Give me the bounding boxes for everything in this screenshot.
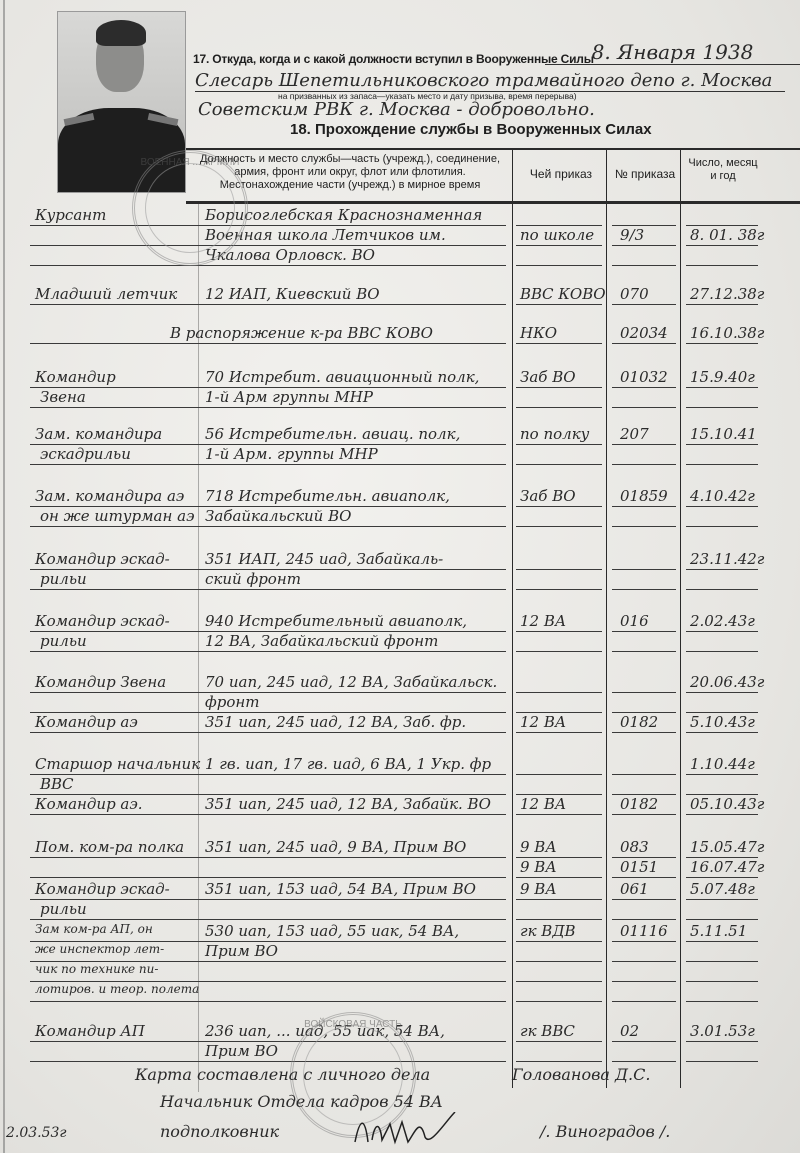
section18-title: 18. Прохождение службы в Вооруженных Сил… bbox=[290, 121, 652, 138]
ruled-line bbox=[516, 589, 602, 590]
order-no-cell: 016 bbox=[620, 612, 649, 630]
ruled-line bbox=[516, 651, 602, 652]
ruled-line bbox=[516, 1041, 602, 1042]
ruled-line bbox=[686, 343, 758, 344]
position-cell: Командир АП bbox=[35, 1022, 145, 1040]
ruled-line bbox=[686, 631, 758, 632]
date-cell: 15.9.40г bbox=[690, 368, 755, 386]
ruled-line bbox=[612, 265, 676, 266]
ruled-line bbox=[30, 407, 506, 408]
date-cell: 05.10.43г bbox=[690, 795, 764, 813]
ruled-line bbox=[686, 732, 758, 733]
position-cell: рильи bbox=[40, 570, 87, 588]
ruled-line bbox=[612, 343, 676, 344]
ruled-line bbox=[612, 407, 676, 408]
unit-cell: 12 ИАП, Киевский ВО bbox=[205, 285, 380, 303]
ruled-line bbox=[686, 245, 758, 246]
ruled-line bbox=[30, 245, 506, 246]
ruled-line bbox=[30, 732, 506, 733]
ruled-line bbox=[686, 265, 758, 266]
position-cell: Старшор начальник bbox=[35, 755, 200, 773]
order-by-cell: НКО bbox=[520, 324, 557, 342]
order-by-cell: 12 ВА bbox=[520, 612, 566, 630]
order-no-cell: 0182 bbox=[620, 795, 658, 813]
position-cell: Командир аэ bbox=[35, 713, 138, 731]
ruled-line bbox=[30, 857, 506, 858]
ruled-line bbox=[612, 1001, 676, 1002]
ruled-line bbox=[30, 631, 506, 632]
ruled-line bbox=[516, 919, 602, 920]
date-cell: 16.10.38г bbox=[690, 324, 764, 342]
ruled-line bbox=[30, 506, 506, 507]
ruled-line bbox=[686, 304, 758, 305]
ruled-line bbox=[516, 569, 602, 570]
order-by-cell: по школе bbox=[520, 226, 594, 244]
ruled-line bbox=[612, 245, 676, 246]
ruled-line bbox=[30, 981, 506, 982]
order-no-cell: 0182 bbox=[620, 713, 658, 731]
position-cell: Командир bbox=[35, 368, 116, 386]
ruled-line bbox=[612, 961, 676, 962]
ruled-line bbox=[686, 506, 758, 507]
unit-cell: 70 Истребит. авиационный полк, bbox=[205, 368, 479, 386]
position-cell: Курсант bbox=[35, 206, 106, 224]
ruled-line bbox=[516, 814, 602, 815]
ruled-line bbox=[516, 1061, 602, 1062]
ruled-line bbox=[516, 961, 602, 962]
ruled-line bbox=[516, 774, 602, 775]
ruled-line bbox=[612, 444, 676, 445]
section17-date: 8. Января 1938 bbox=[545, 40, 800, 65]
ruled-line bbox=[516, 981, 602, 982]
position-cell: Младший летчик bbox=[35, 285, 177, 303]
unit-cell: фронт bbox=[205, 693, 259, 711]
position-cell: чик по технике пи- bbox=[35, 962, 158, 976]
unit-cell: 351 иап, 245 иад, 9 ВА, Прим ВО bbox=[205, 838, 466, 856]
ruled-line bbox=[30, 265, 506, 266]
ruled-line bbox=[612, 506, 676, 507]
column-header-order-by: Чей приказ bbox=[516, 168, 606, 181]
column-header-position: Должность и место службы—часть (учрежд.)… bbox=[200, 153, 500, 192]
ruled-line bbox=[516, 877, 602, 878]
ruled-line bbox=[686, 941, 758, 942]
ruled-line bbox=[612, 919, 676, 920]
signer-title: Начальник Отдела кадров 54 ВА bbox=[160, 1092, 443, 1111]
ruled-line bbox=[516, 225, 602, 226]
ruled-line bbox=[686, 814, 758, 815]
position-cell: ВВС bbox=[40, 775, 74, 793]
position-cell: Командир эскад- bbox=[35, 880, 170, 898]
unit-cell: 56 Истребительн. авиац. полк, bbox=[205, 425, 460, 443]
ruled-line bbox=[516, 265, 602, 266]
order-no-cell: 061 bbox=[620, 880, 649, 898]
position-cell: Командир эскад- bbox=[35, 550, 170, 568]
ruled-line bbox=[516, 899, 602, 900]
ruled-line bbox=[612, 304, 676, 305]
ruled-line bbox=[686, 526, 758, 527]
position-cell: лотиров. и теор. полета bbox=[35, 982, 199, 996]
ruled-line bbox=[30, 304, 506, 305]
unit-cell: ский фронт bbox=[205, 570, 301, 588]
order-by-cell: 12 ВА bbox=[520, 795, 566, 813]
order-by-cell: ВВС КОВО bbox=[520, 285, 606, 303]
date-cell: 3.01.53г bbox=[690, 1022, 755, 1040]
date-cell: 23.11.42г bbox=[690, 550, 764, 568]
ruled-line bbox=[30, 961, 506, 962]
ruled-line bbox=[516, 692, 602, 693]
ruled-line bbox=[516, 444, 602, 445]
order-no-cell: 01032 bbox=[620, 368, 668, 386]
ruled-line bbox=[686, 444, 758, 445]
ruled-line bbox=[516, 732, 602, 733]
ruled-line bbox=[30, 1001, 506, 1002]
order-no-cell: 01116 bbox=[620, 922, 668, 940]
order-by-cell: гк ВВС bbox=[520, 1022, 575, 1040]
ruled-line bbox=[30, 1061, 506, 1062]
ruled-line bbox=[612, 589, 676, 590]
unit-cell: 718 Истребительн. авиаполк, bbox=[205, 487, 450, 505]
date-cell: 4.10.42г bbox=[690, 487, 755, 505]
order-no-cell: 02034 bbox=[620, 324, 668, 342]
ruled-line bbox=[30, 569, 506, 570]
position-cell: эскадрильи bbox=[40, 445, 131, 463]
ruled-line bbox=[612, 569, 676, 570]
unit-cell: 351 иап, 245 иад, 12 ВА, Забайк. ВО bbox=[205, 795, 491, 813]
section17-line2: Советским РВК г. Москва - добровольно. bbox=[198, 99, 595, 120]
position-cell: Командир эскад- bbox=[35, 612, 170, 630]
ruled-line bbox=[612, 692, 676, 693]
date-cell: 5.11.51 bbox=[690, 922, 747, 940]
ruled-line bbox=[612, 941, 676, 942]
column-divider bbox=[606, 148, 607, 1088]
unit-cell: 351 иап, 245 иад, 12 ВА, Заб. фр. bbox=[205, 713, 466, 731]
order-by-cell: 9 ВА bbox=[520, 880, 557, 898]
ruled-line bbox=[686, 1041, 758, 1042]
order-by-cell: Заб ВО bbox=[520, 368, 576, 386]
position-cell: же инспектор лет- bbox=[35, 942, 164, 956]
order-no-cell: 02 bbox=[620, 1022, 639, 1040]
order-no-cell: 9/3 bbox=[620, 226, 644, 244]
table-top-rule bbox=[186, 148, 800, 150]
position-cell: Командир Звена bbox=[35, 673, 166, 691]
ruled-line bbox=[516, 343, 602, 344]
ruled-line bbox=[612, 464, 676, 465]
ruled-line bbox=[686, 774, 758, 775]
order-by-cell: гк ВДВ bbox=[520, 922, 576, 940]
ruled-line bbox=[612, 774, 676, 775]
column-header-order-no: № приказа bbox=[610, 168, 680, 181]
ruled-line bbox=[30, 651, 506, 652]
column-header-date: Число, месяц и год bbox=[688, 157, 758, 183]
ruled-line bbox=[612, 814, 676, 815]
ruled-line bbox=[686, 651, 758, 652]
ruled-line bbox=[30, 225, 506, 226]
unit-cell: 1-й Арм группы МНР bbox=[205, 388, 373, 406]
position-cell: Пом. ком-ра полка bbox=[35, 838, 184, 856]
ruled-line bbox=[686, 899, 758, 900]
ruled-line bbox=[516, 1001, 602, 1002]
position-cell: Звена bbox=[40, 388, 86, 406]
unit-cell: Забайкальский ВО bbox=[205, 507, 351, 525]
ruled-line bbox=[30, 589, 506, 590]
unit-cell: 12 ВА, Забайкальский фронт bbox=[205, 632, 438, 650]
ruled-line bbox=[686, 225, 758, 226]
official-stamp: ВОЕННАЯ ... АРМИИ bbox=[132, 150, 248, 266]
ruled-line bbox=[612, 1041, 676, 1042]
ruled-line bbox=[516, 464, 602, 465]
order-no-cell: 083 bbox=[620, 838, 649, 856]
unit-cell: 70 иап, 245 иад, 12 ВА, Забайкальск. bbox=[205, 673, 497, 691]
ruled-line bbox=[516, 407, 602, 408]
ruled-line bbox=[516, 304, 602, 305]
document-page: 17. Откуда, когда и с какой должности вс… bbox=[0, 0, 800, 1153]
ruled-line bbox=[30, 387, 506, 388]
order-by-cell: по полку bbox=[520, 425, 589, 443]
order-by-cell: 9 ВА bbox=[520, 838, 557, 856]
unit-cell: Прим ВО bbox=[205, 942, 278, 960]
ruled-line bbox=[516, 631, 602, 632]
ruled-line bbox=[612, 877, 676, 878]
unit-cell: 1-й Арм. группы МНР bbox=[205, 445, 378, 463]
ruled-line bbox=[516, 526, 602, 527]
position-cell: Зам. командира bbox=[35, 425, 162, 443]
order-by-cell: 9 ВА bbox=[520, 858, 557, 876]
compiler-name: Голованова Д.С. bbox=[512, 1065, 650, 1084]
signature bbox=[350, 1112, 460, 1152]
ruled-line bbox=[612, 225, 676, 226]
position-cell: Командир аэ. bbox=[35, 795, 143, 813]
ruled-line bbox=[686, 877, 758, 878]
date-cell: 5.07.48г bbox=[690, 880, 755, 898]
ruled-line bbox=[686, 919, 758, 920]
date-cell: 5.10.43г bbox=[690, 713, 755, 731]
ruled-line bbox=[686, 1001, 758, 1002]
ruled-line bbox=[686, 692, 758, 693]
compiled-from-note: Карта составлена с личного дела bbox=[135, 1065, 430, 1084]
section17-line1: Слесарь Шепетильниковского трамвайного д… bbox=[195, 70, 785, 92]
column-divider bbox=[512, 148, 513, 1088]
ruled-line bbox=[686, 981, 758, 982]
date-cell: 27.12.38г bbox=[690, 285, 764, 303]
unit-cell: В распоряжение к-ра ВВС КОВО bbox=[170, 324, 433, 342]
ruled-line bbox=[30, 941, 506, 942]
ruled-line bbox=[30, 919, 506, 920]
ruled-line bbox=[30, 899, 506, 900]
ruled-line bbox=[30, 877, 506, 878]
date-cell: 20.06.43г bbox=[690, 673, 764, 691]
ruled-line bbox=[30, 526, 506, 527]
page-edge bbox=[3, 0, 5, 1153]
ruled-line bbox=[30, 814, 506, 815]
date-cell: 1.10.44г bbox=[690, 755, 755, 773]
ruled-line bbox=[516, 941, 602, 942]
ruled-line bbox=[30, 692, 506, 693]
order-no-cell: 070 bbox=[620, 285, 649, 303]
ruled-line bbox=[30, 343, 506, 344]
ruled-line bbox=[686, 589, 758, 590]
unit-cell: 351 ИАП, 245 иад, Забайкаль- bbox=[205, 550, 443, 568]
unit-cell: 351 иап, 153 иад, 54 ВА, Прим ВО bbox=[205, 880, 476, 898]
ruled-line bbox=[686, 1061, 758, 1062]
ruled-line bbox=[30, 444, 506, 445]
order-no-cell: 01859 bbox=[620, 487, 668, 505]
signer-name: /. Виноградов /. bbox=[540, 1122, 670, 1141]
ruled-line bbox=[30, 1041, 506, 1042]
position-cell: Зам. командира аэ bbox=[35, 487, 184, 505]
unit-cell: Прим ВО bbox=[205, 1042, 278, 1060]
date-cell: 15.05.47г bbox=[690, 838, 764, 856]
ruled-line bbox=[516, 387, 602, 388]
ruled-line bbox=[612, 651, 676, 652]
unit-cell: 530 иап, 153 иад, 55 иак, 54 ВА, bbox=[205, 922, 459, 940]
date-cell: 2.02.43г bbox=[690, 612, 755, 630]
order-no-cell: 0151 bbox=[620, 858, 658, 876]
order-by-cell: 12 ВА bbox=[520, 713, 566, 731]
order-no-cell: 207 bbox=[620, 425, 649, 443]
ruled-line bbox=[686, 387, 758, 388]
date-cell: 15.10.41 bbox=[690, 425, 757, 443]
date-cell: 8. 01. 38г bbox=[690, 226, 764, 244]
ruled-line bbox=[516, 506, 602, 507]
signer-rank: подполковник bbox=[160, 1122, 279, 1141]
ruled-line bbox=[30, 464, 506, 465]
unit-cell: 940 Истребительный авиаполк, bbox=[205, 612, 467, 630]
ruled-line bbox=[516, 245, 602, 246]
ruled-line bbox=[612, 732, 676, 733]
ruled-line bbox=[612, 631, 676, 632]
position-cell: рильи bbox=[40, 900, 87, 918]
order-by-cell: Заб ВО bbox=[520, 487, 576, 505]
table-header-rule bbox=[186, 201, 800, 204]
ruled-line bbox=[30, 774, 506, 775]
ruled-line bbox=[612, 526, 676, 527]
position-cell: рильи bbox=[40, 632, 87, 650]
document-date: 2.03.53г bbox=[6, 1125, 67, 1141]
ruled-line bbox=[686, 569, 758, 570]
date-cell: 16.07.47г bbox=[690, 858, 764, 876]
position-cell: Зам ком-ра АП, он bbox=[35, 922, 153, 936]
ruled-line bbox=[612, 981, 676, 982]
ruled-line bbox=[686, 464, 758, 465]
ruled-line bbox=[686, 961, 758, 962]
ruled-line bbox=[612, 387, 676, 388]
ruled-line bbox=[686, 407, 758, 408]
unit-cell: 1 гв. иап, 17 гв. иад, 6 ВА, 1 Укр. фр bbox=[205, 755, 491, 773]
position-cell: он же штурман аэ bbox=[40, 507, 194, 525]
section17-label: 17. Откуда, когда и с какой должности вс… bbox=[193, 52, 594, 66]
ruled-line bbox=[612, 899, 676, 900]
ruled-line bbox=[612, 1061, 676, 1062]
column-divider bbox=[680, 148, 681, 1088]
